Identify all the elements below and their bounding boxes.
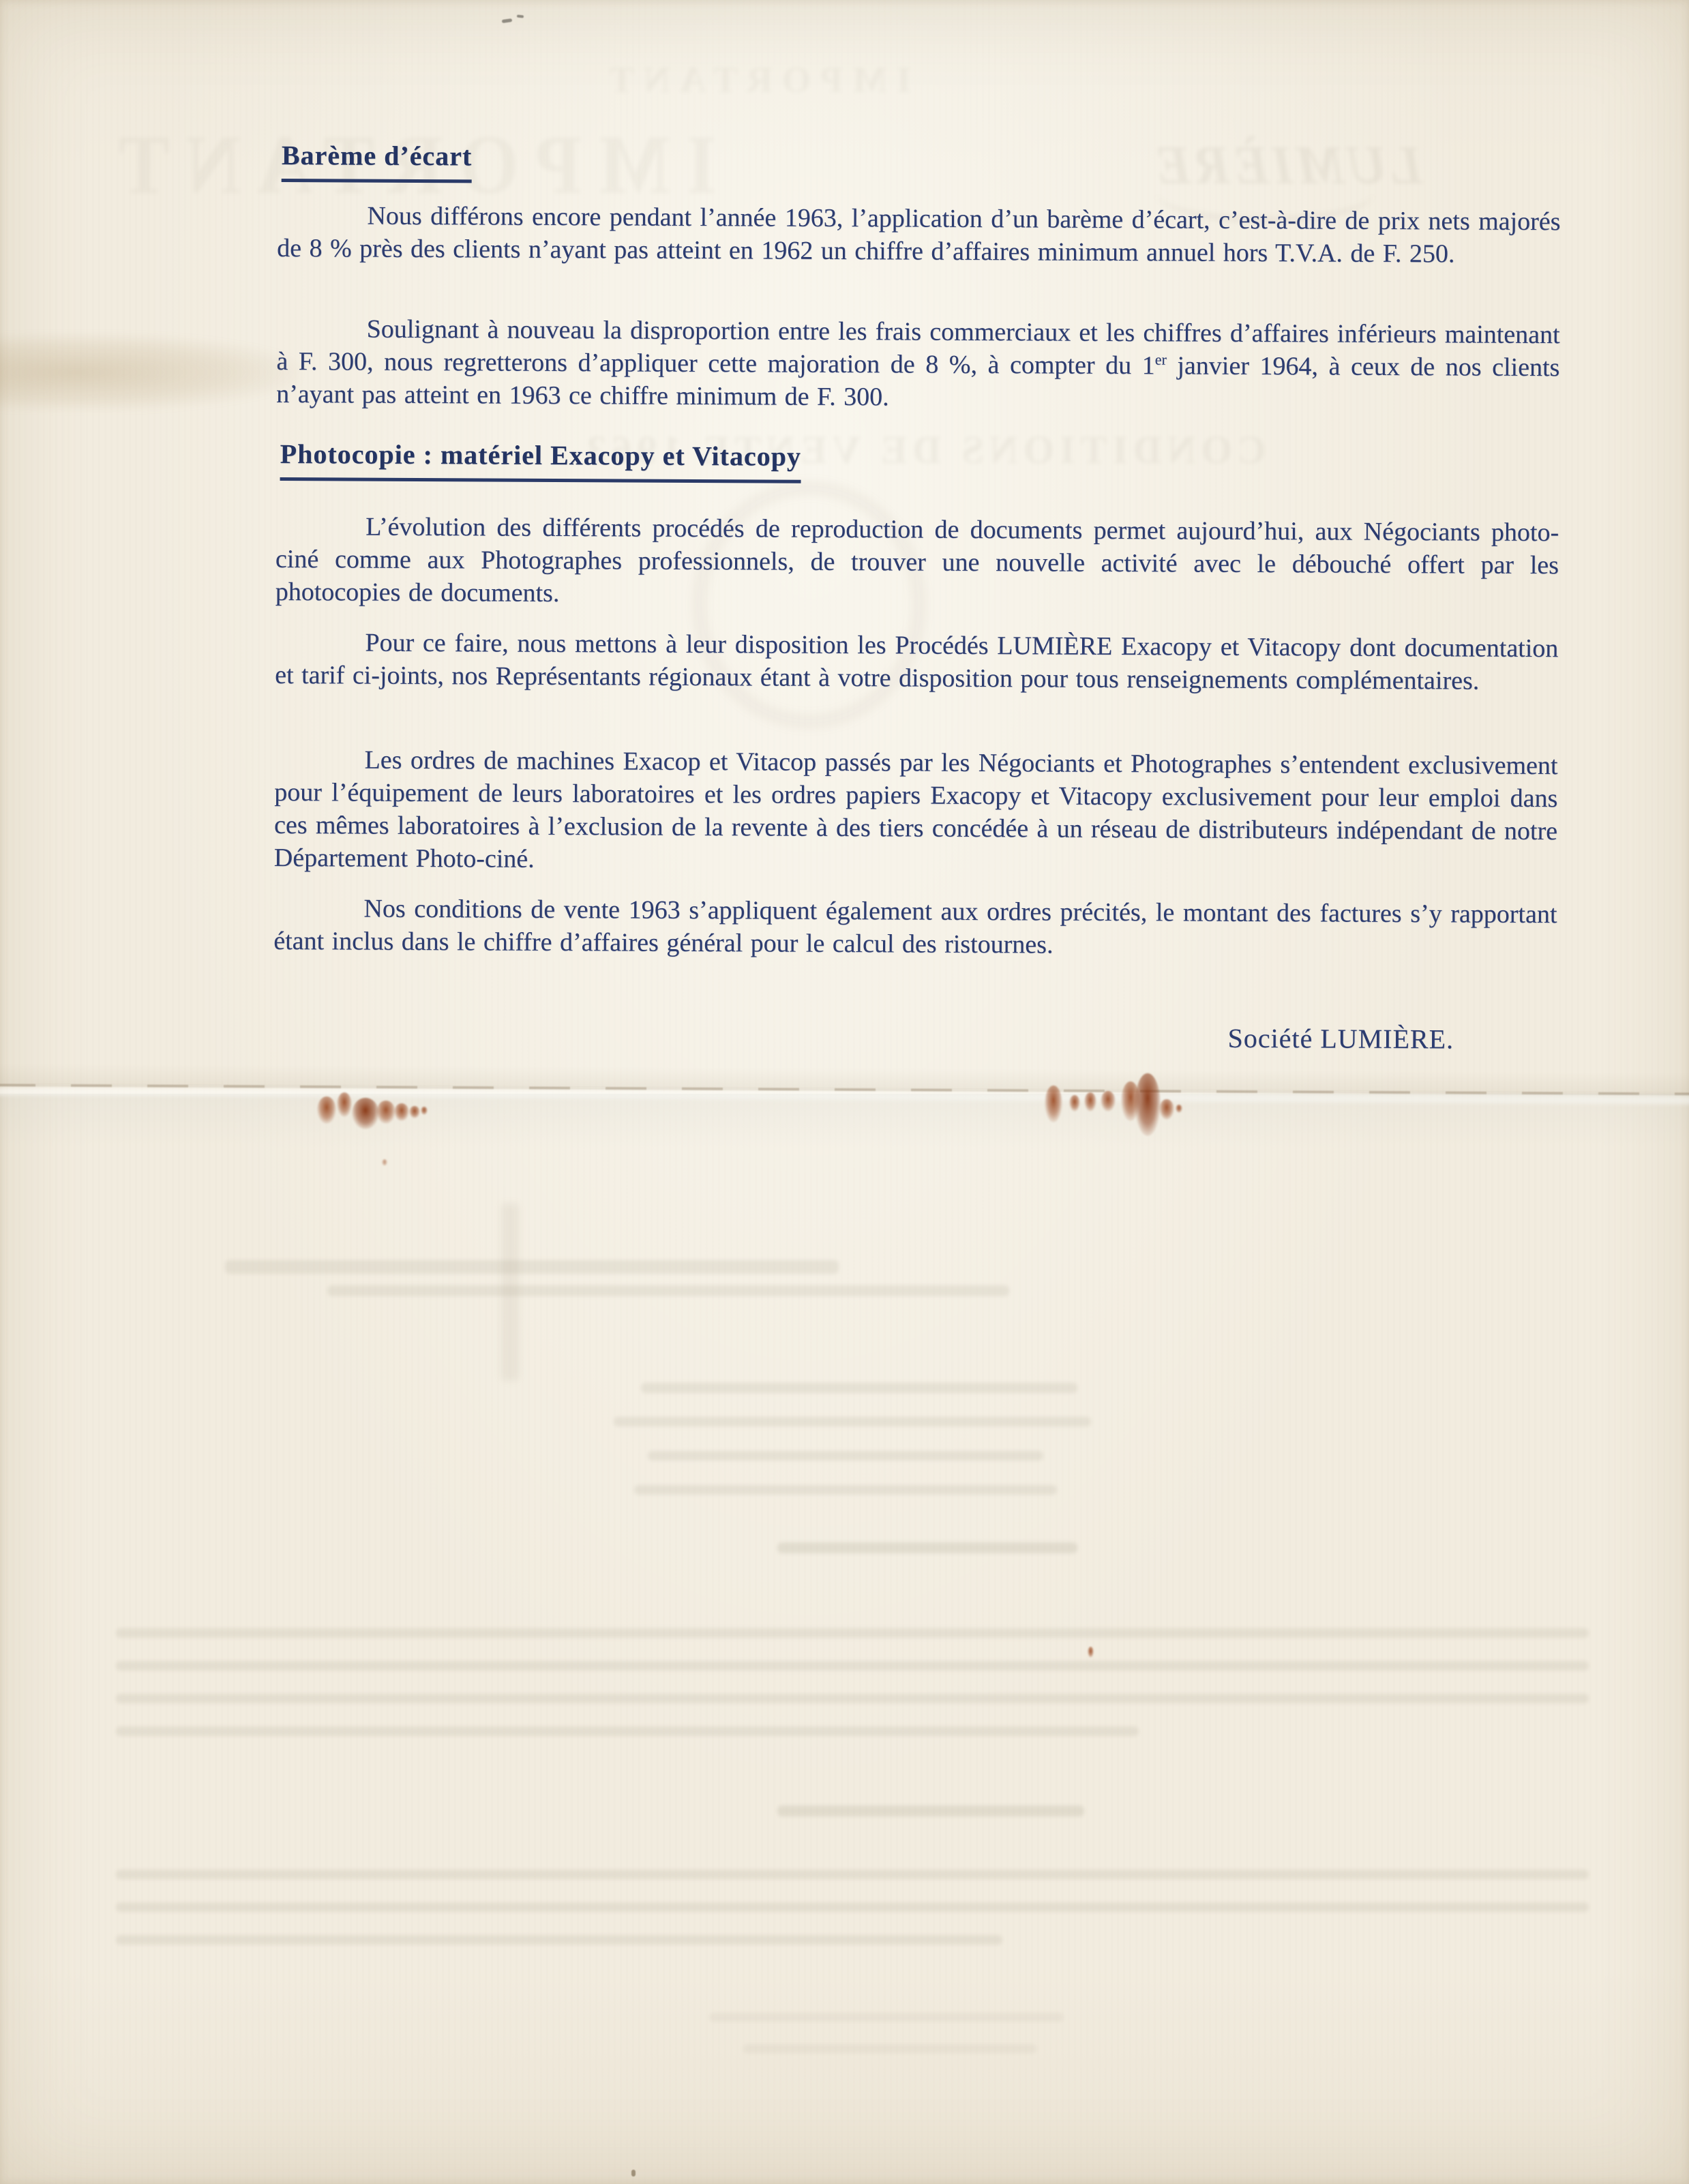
- ghost-line: [634, 1485, 1057, 1495]
- superscript-er: er: [1155, 351, 1167, 368]
- ghost-line: [777, 1542, 1077, 1553]
- paragraph-bareme-2: Soulignant à nouveau la disproportion en…: [276, 312, 1560, 417]
- edge-speck: [631, 2170, 636, 2176]
- paragraph-photocopie-4: Nos conditions de vente 1963 s’appliquen…: [273, 892, 1557, 963]
- stain-blob: [421, 1107, 428, 1115]
- stain-blob: [409, 1106, 420, 1118]
- letter-body: Barème d’écart Nous différons encore pen…: [273, 0, 1561, 1165]
- stain-blob: [1069, 1095, 1080, 1111]
- ghost-line: [116, 1726, 1139, 1736]
- ghost-line: [116, 1628, 1589, 1638]
- paragraph-bareme-1: Nous différons encore pendant l’année 19…: [277, 199, 1560, 271]
- stain-blob: [1084, 1092, 1096, 1111]
- ghost-line: [225, 1260, 839, 1274]
- stain-blob: [382, 1159, 387, 1166]
- ghost-line: [116, 1935, 1002, 1945]
- stain-blob: [376, 1101, 395, 1124]
- stain-blob: [394, 1103, 409, 1121]
- ghost-line: [743, 2044, 1036, 2053]
- paragraph-photocopie-3: Les ordres de machines Exacop et Vitacop…: [274, 743, 1558, 880]
- signature-societe-lumiere: Société LUMIÈRE.: [1227, 1022, 1454, 1056]
- ghost-line: [777, 1806, 1084, 1816]
- paragraph-photocopie-1: L’évolution des différents procédés de r…: [275, 510, 1559, 614]
- scanned-letter-page: IMPORTANT IMPORTANT LUMIÈRE CONDITIONS D…: [0, 0, 1689, 2184]
- ghost-line: [116, 1694, 1589, 1703]
- ghost-line: [116, 1661, 1589, 1671]
- ghost-line: [641, 1383, 1077, 1393]
- stain-speck: [1088, 1647, 1094, 1658]
- stain-blob: [337, 1092, 352, 1117]
- ghost-line: [648, 1451, 1043, 1461]
- stain-blob: [1045, 1086, 1062, 1122]
- stain-blob: [1135, 1073, 1161, 1136]
- ghost-line: [709, 2013, 1064, 2022]
- ghost-line: [327, 1285, 1009, 1296]
- ghost-line: [614, 1417, 1091, 1426]
- stain-blob: [1159, 1099, 1174, 1120]
- stain-blob: [317, 1096, 336, 1124]
- section-heading-photocopie: Photocopie : matériel Exacopy et Vitacop…: [280, 438, 801, 483]
- stain-blob: [1176, 1105, 1182, 1113]
- stain-blob: [1101, 1091, 1116, 1111]
- paragraph-photocopie-2: Pour ce faire, nous mettons à leur dispo…: [275, 626, 1558, 698]
- smudge-left-margin: [0, 334, 300, 410]
- ghost-line: [116, 1902, 1589, 1912]
- fold-crease-tint: [0, 1094, 1689, 1148]
- stain-blob: [352, 1098, 379, 1129]
- section-heading-bareme-decart: Barème d’écart: [282, 139, 473, 183]
- ghost-line: [116, 1870, 1589, 1879]
